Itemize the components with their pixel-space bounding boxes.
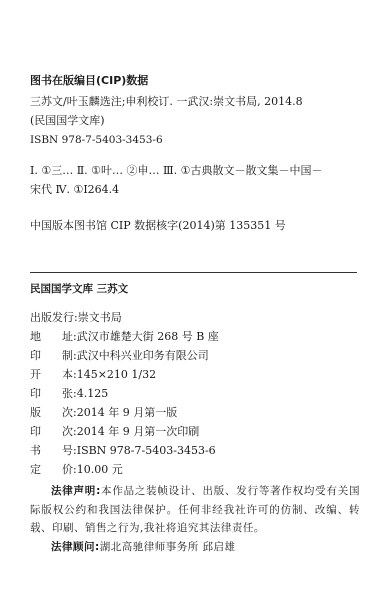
publisher-value: 崇文书局 <box>78 311 122 324</box>
section-divider <box>30 272 357 273</box>
printing-row: 印次:2014 年 9 月第一次印刷 <box>30 425 199 439</box>
row-key-second: 价: <box>62 463 77 477</box>
publisher-row: 出版发行:崇文书局 <box>30 311 122 325</box>
row-key-first: 印 <box>30 387 62 401</box>
printer-row: 印制:武汉中科兴业印务有限公司 <box>30 349 209 363</box>
cip-check-number: 中国版本图书馆 CIP 数据核字(2014)第 135351 号 <box>30 219 286 233</box>
row-key-first: 定 <box>30 463 62 477</box>
row-value: 10.00 元 <box>77 463 123 476</box>
row-key-first: 印 <box>30 349 62 363</box>
cip-isbn-line: ISBN 978-7-5403-3453-6 <box>30 133 163 147</box>
row-key-second: 次: <box>62 406 77 420</box>
row-key-second: 号: <box>62 444 77 458</box>
row-key-first: 书 <box>30 444 62 458</box>
legal-statement: 法律声明:本作品之装帧设计、出版、发行等著作权均受有关国际版权公约和我国法律保护… <box>30 482 360 538</box>
isbn-row: 书号:ISBN 978-7-5403-3453-6 <box>30 444 216 458</box>
cip-bibliographic-line: 三苏文/叶玉麟选注;申利校订. 一武汉:崇文书局, 2014.8 <box>30 95 303 109</box>
cip-series-line: (民国国学文库) <box>30 114 105 128</box>
legal-statement-label: 法律声明: <box>51 485 101 497</box>
edition-row: 版次:2014 年 9 月第一版 <box>30 406 177 420</box>
price-row: 定价:10.00 元 <box>30 463 123 477</box>
row-key-second: 址: <box>62 330 77 344</box>
series-title: 民国国学文库 三苏文 <box>30 282 128 296</box>
row-value: ISBN 978-7-5403-3453-6 <box>77 444 216 457</box>
legal-advisor: 法律顾问:湖北高驰律师事务所 邱启雄 <box>51 538 375 557</box>
row-key-second: 张: <box>62 387 77 401</box>
copyright-page: 图书在版编目(CIP)数据 三苏文/叶玉麟选注;申利校订. 一武汉:崇文书局, … <box>0 0 375 610</box>
legal-advisor-label: 法律顾问: <box>51 541 100 553</box>
classification-line-2: 宋代 Ⅳ. ①I264.4 <box>30 183 119 197</box>
row-value: 2014 年 9 月第一版 <box>77 406 177 419</box>
row-value: 武汉市雄楚大街 268 号 B 座 <box>77 330 219 343</box>
row-value: 2014 年 9 月第一次印刷 <box>77 425 199 438</box>
classification-line-1: Ⅰ. ①三… Ⅱ. ①叶… ②申… Ⅲ. ①古典散文－散文集－中国－ <box>30 164 322 178</box>
row-key-first: 版 <box>30 406 62 420</box>
address-row: 地址:武汉市雄楚大街 268 号 B 座 <box>30 330 219 344</box>
row-key-first: 印 <box>30 425 62 439</box>
sheets-row: 印张:4.125 <box>30 387 108 401</box>
cip-title: 图书在版编目(CIP)数据 <box>30 74 148 88</box>
row-key-second: 本: <box>62 368 77 382</box>
publisher-label: 出版发行: <box>30 311 78 324</box>
row-key-first: 开 <box>30 368 62 382</box>
legal-advisor-text: 湖北高驰律师事务所 邱启雄 <box>100 541 236 553</box>
row-key-first: 地 <box>30 330 62 344</box>
row-value: 武汉中科兴业印务有限公司 <box>77 349 209 362</box>
row-key-second: 次: <box>62 425 77 439</box>
row-value: 4.125 <box>77 387 109 400</box>
format-row: 开本:145×210 1/32 <box>30 368 156 382</box>
row-value: 145×210 1/32 <box>77 368 156 381</box>
row-key-second: 制: <box>62 349 77 363</box>
